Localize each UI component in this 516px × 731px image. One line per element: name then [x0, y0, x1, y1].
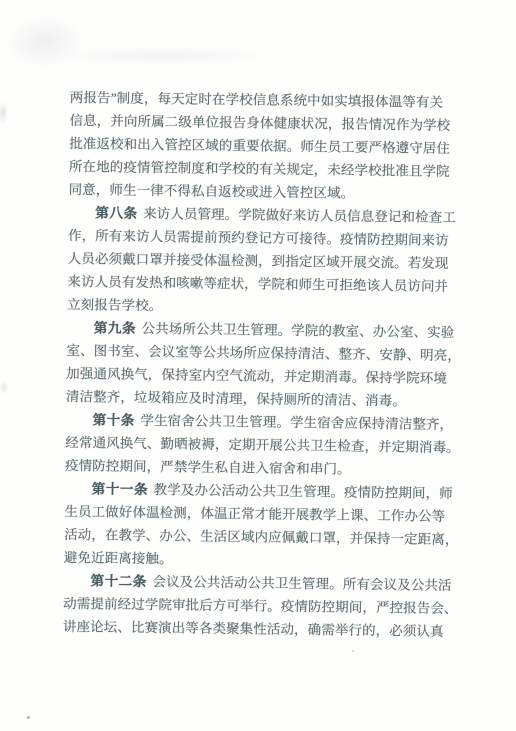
article-text: 来访人员管理。学院做好来访人员信息登记和检查工 [138, 206, 456, 225]
article-number: 第十二条 [90, 573, 147, 589]
article-number: 第九条 [94, 320, 137, 336]
article-text: 学生宿舍公共卫生管理。学生宿舍应保持清洁整齐， [135, 413, 453, 432]
article-number: 第十条 [93, 412, 136, 428]
scan-smudge [6, 16, 84, 68]
document-text-block: 两报告”制度，每天定时在学校信息系统中如实填报体温等有关 信息，并向所属二级单位… [63, 86, 458, 643]
article-text: 教学及办公活动公共卫生管理。疫情防控期间，师 [148, 482, 453, 501]
article-number: 第八条 [95, 205, 138, 221]
article-text: 会议及公共活动公共卫生管理。所有会议及公共活 [147, 574, 452, 593]
scan-speck [27, 716, 30, 719]
text-line: 讲座论坛、比赛演出等各类聚集性活动，确需举行的，必须认真 [63, 615, 451, 643]
scan-speck [352, 650, 354, 652]
article-text: 公共场所公共卫生管理。学院的教室、办公室、实验 [136, 321, 454, 340]
article-number: 第十一条 [92, 481, 149, 497]
scan-smudge [0, 102, 8, 124]
scanned-document-page: 两报告”制度，每天定时在学校信息系统中如实填报体温等有关 信息，并向所属二级单位… [0, 0, 516, 731]
scan-smudge [0, 380, 8, 394]
scan-smudge [58, 48, 268, 64]
